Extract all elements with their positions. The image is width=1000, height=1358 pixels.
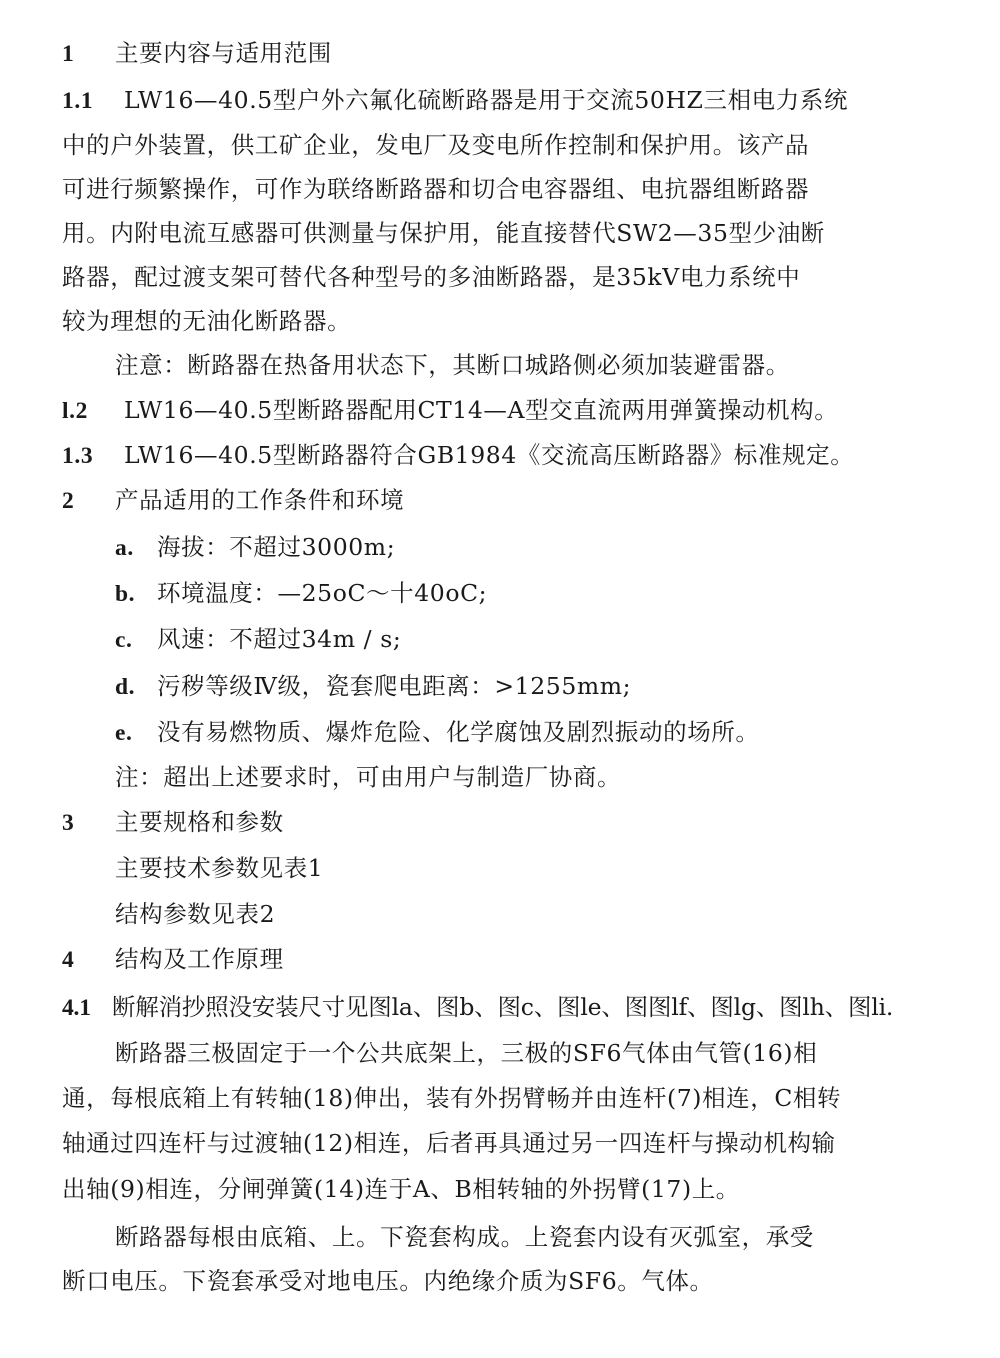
paragraph-line: 断口电压。下瓷套承受对地电压。内绝缘介质为SF6。气体。 <box>62 1266 714 1296</box>
section-number: 3 <box>62 808 115 838</box>
condition-item-b: b.环境温度：—25oC～十40oC; <box>115 578 487 609</box>
clause-number: 1.1 <box>62 86 124 116</box>
note-line: 注：超出上述要求时，可由用户与制造厂协商。 <box>115 762 621 792</box>
item-text: 污秽等级Ⅳ级，瓷套爬电距离：>1255mm; <box>157 672 631 700</box>
clause-number: l.2 <box>62 396 124 426</box>
note-line: 注意：断路器在热备用状态下，其断口城路侧必须加装避雷器。 <box>115 350 790 380</box>
clause-text: 断解消抄照没安装尺寸见图la、图b、图c、图le、图图lf、图lg、图lh、图l… <box>112 993 893 1021</box>
clause-text: LW16—40.5型断路器符合GB1984《交流高压断路器》标准规定。 <box>124 441 854 469</box>
condition-item-d: d.污秽等级Ⅳ级，瓷套爬电距离：>1255mm; <box>115 671 631 702</box>
clause-number: 4.1 <box>62 993 112 1023</box>
condition-item-c: c.风速：不超过34m / s; <box>115 624 401 655</box>
item-marker: e. <box>115 718 157 748</box>
paragraph-line: 断路器每根由底箱、上。下瓷套构成。上瓷套内设有灭弧室，承受 <box>115 1222 814 1252</box>
item-text: 海拔：不超过3000m; <box>157 533 395 561</box>
section-title: 主要内容与适用范围 <box>115 39 332 67</box>
paragraph-line: 中的户外装置，供工矿企业，发电厂及变电所作控制和保护用。该产品 <box>62 130 809 160</box>
item-text: 环境温度：—25oC～十40oC; <box>157 579 487 607</box>
section-number: 2 <box>62 486 115 516</box>
paragraph-line: 通，每根底箱上有转轴(18)伸出，装有外拐臂畅并由连杆(7)相连，C相转 <box>62 1083 841 1113</box>
document-page: 1主要内容与适用范围 1.1LW16—40.5型户外六氟化硫断路器是用于交流50… <box>0 0 1000 1358</box>
paragraph-line: 用。内附电流互感器可供测量与保护用，能直接替代SW2—35型少油断 <box>62 218 825 248</box>
paragraph-line: 断路器三极固定于一个公共底架上，三极的SF6气体由气管(16)相 <box>115 1038 817 1068</box>
item-text: 风速：不超过34m / s; <box>157 625 401 653</box>
section-number: 1 <box>62 39 115 69</box>
paragraph-line: 轴通过四连杆与过渡轴(12)相连，后者再具通过另一四连杆与操动机构输 <box>62 1128 836 1158</box>
clause-text: LW16—40.5型断路器配用CT14—A型交直流两用弹簧操动机构。 <box>124 396 838 424</box>
item-text: 没有易燃物质、爆炸危险、化学腐蚀及剧烈振动的场所。 <box>157 718 760 746</box>
item-marker: c. <box>115 625 157 655</box>
section-title: 产品适用的工作条件和环境 <box>115 486 404 514</box>
clause-number: 1.3 <box>62 441 124 471</box>
section-title: 结构及工作原理 <box>115 945 284 973</box>
item-marker: d. <box>115 672 157 702</box>
condition-item-e: e.没有易燃物质、爆炸危险、化学腐蚀及剧烈振动的场所。 <box>115 717 760 748</box>
section-3-heading: 3主要规格和参数 <box>62 807 284 838</box>
clause-4-1: 4.1断解消抄照没安装尺寸见图la、图b、图c、图le、图图lf、图lg、图lh… <box>62 992 893 1023</box>
clause-1-1: 1.1LW16—40.5型户外六氟化硫断路器是用于交流50HZ三相电力系统 <box>62 85 848 116</box>
reference-line: 结构参数见表2 <box>115 899 275 929</box>
item-marker: a. <box>115 533 157 563</box>
clause-1-2: l.2LW16—40.5型断路器配用CT14—A型交直流两用弹簧操动机构。 <box>62 395 838 426</box>
section-1-heading: 1主要内容与适用范围 <box>62 38 332 69</box>
section-number: 4 <box>62 945 115 975</box>
section-title: 主要规格和参数 <box>115 808 284 836</box>
condition-item-a: a.海拔：不超过3000m; <box>115 532 395 563</box>
clause-1-3: 1.3LW16—40.5型断路器符合GB1984《交流高压断路器》标准规定。 <box>62 440 854 471</box>
section-2-heading: 2产品适用的工作条件和环境 <box>62 485 404 516</box>
paragraph-line: 路器，配过渡支架可替代各种型号的多油断路器，是35kV电力系统中 <box>62 262 800 292</box>
reference-line: 主要技术参数见表1 <box>115 853 323 883</box>
section-4-heading: 4结构及工作原理 <box>62 944 284 975</box>
clause-text: LW16—40.5型户外六氟化硫断路器是用于交流50HZ三相电力系统 <box>124 86 848 114</box>
paragraph-line: 较为理想的无油化断路器。 <box>62 306 351 336</box>
paragraph-line: 可进行频繁操作，可作为联络断路器和切合电容器组、电抗器组断路器 <box>62 174 809 204</box>
item-marker: b. <box>115 579 157 609</box>
paragraph-line: 出轴(9)相连，分闸弹簧(14)连于A、B相转轴的外拐臂(17)上。 <box>62 1174 740 1204</box>
